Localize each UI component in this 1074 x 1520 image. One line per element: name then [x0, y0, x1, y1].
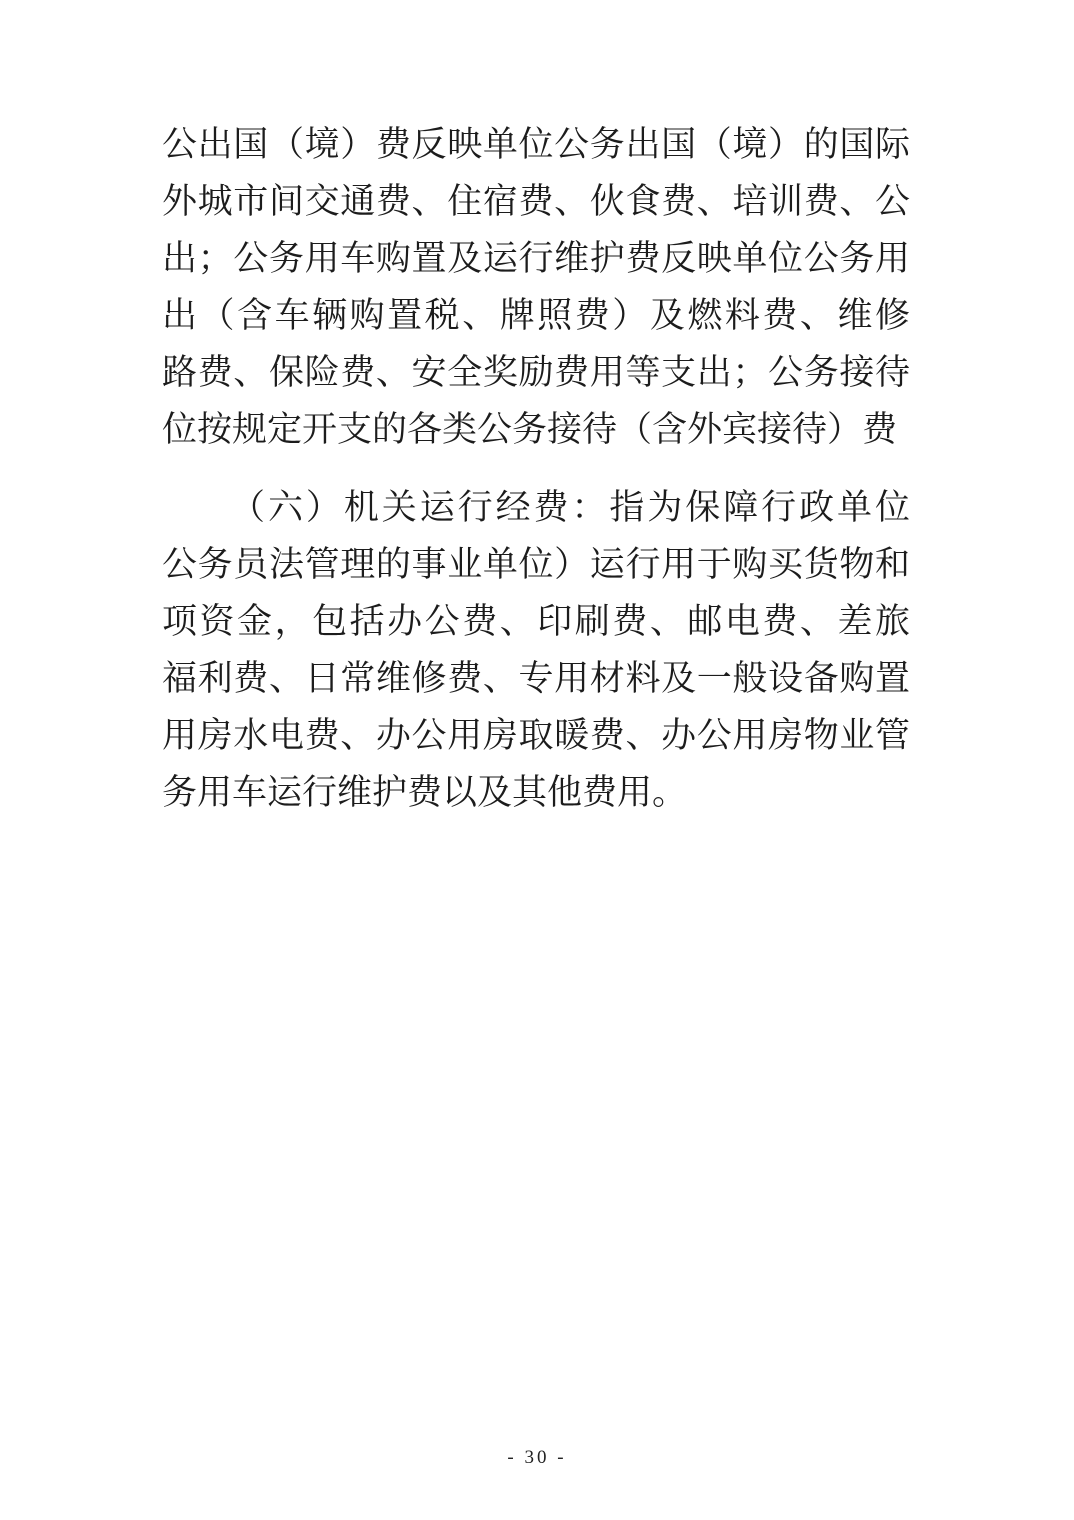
- text-line: 福利费、日常维修费、专用材料及一般设备购置费、办公: [162, 650, 910, 707]
- text-line: 出；公务用车购置及运行维护费反映单位公务用车购置支: [162, 230, 910, 287]
- document-page: 公出国（境）费反映单位公务出国（境）的国际旅费、国 外城市间交通费、住宿费、伙食…: [0, 0, 1074, 1520]
- text-line: 外城市间交通费、住宿费、伙食费、培训费、公杂费等支: [162, 173, 910, 230]
- text-line: 公出国（境）费反映单位公务出国（境）的国际旅费、国: [162, 116, 910, 173]
- text-line: 出（含车辆购置税、牌照费）及燃料费、维修费、过桥过: [162, 287, 910, 344]
- document-body: 公出国（境）费反映单位公务出国（境）的国际旅费、国 外城市间交通费、住宿费、伙食…: [162, 116, 910, 821]
- text-line: 用房水电费、办公用房取暖费、办公用房物业管理费、公: [162, 707, 910, 764]
- text-line: 项资金，包括办公费、印刷费、邮电费、差旅费、会议费、: [162, 593, 910, 650]
- text-line: 路费、保险费、安全奖励费用等支出；公务接待费反映单: [162, 344, 910, 401]
- text-line: （六）机关运行经费：指为保障行政单位（包括参照: [162, 479, 910, 536]
- page-number: - 30 -: [0, 1446, 1074, 1470]
- text-line: 位按规定开支的各类公务接待（含外宾接待）费用。: [162, 401, 910, 458]
- paragraph-expense-definitions: 公出国（境）费反映单位公务出国（境）的国际旅费、国 外城市间交通费、住宿费、伙食…: [162, 116, 910, 458]
- text-line: 公务员法管理的事业单位）运行用于购买货物和服务的各: [162, 536, 910, 593]
- text-line: 务用车运行维护费以及其他费用。: [162, 764, 910, 821]
- paragraph-agency-operating-funds: （六）机关运行经费：指为保障行政单位（包括参照 公务员法管理的事业单位）运行用于…: [162, 479, 910, 821]
